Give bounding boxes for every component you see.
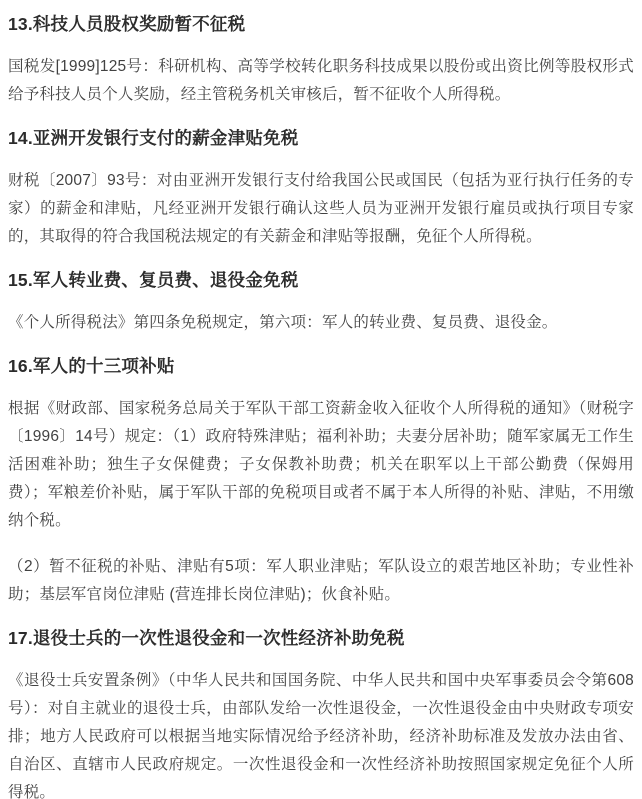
section-13-paragraph: 国税发[1999]125号：科研机构、高等学校转化职务科技成果以股份或出资比例等… [8, 53, 634, 109]
section-16-paragraph-2: （2）暂不征税的补贴、津贴有5项：军人职业津贴；军队设立的艰苦地区补助；专业性补… [8, 553, 634, 609]
section-13-heading: 13.科技人员股权奖励暂不征税 [8, 13, 634, 35]
section-15-paragraph: 《个人所得税法》第四条免税规定，第六项：军人的转业费、复员费、退役金。 [8, 309, 634, 337]
section-17-heading: 17.退役士兵的一次性退役金和一次性经济补助免税 [8, 627, 634, 649]
section-17-paragraph: 《退役士兵安置条例》（中华人民共和国国务院、中华人民共和国中央军事委员会令第60… [8, 667, 634, 799]
section-14-heading: 14.亚洲开发银行支付的薪金津贴免税 [8, 127, 634, 149]
section-14-paragraph: 财税〔2007〕93号：对由亚洲开发银行支付给我国公民或国民（包括为亚行执行任务… [8, 167, 634, 251]
section-16-heading: 16.军人的十三项补贴 [8, 355, 634, 377]
tax-exemption-article: 13.科技人员股权奖励暂不征税 国税发[1999]125号：科研机构、高等学校转… [0, 0, 642, 799]
section-15-heading: 15.军人转业费、复员费、退役金免税 [8, 269, 634, 291]
section-16-paragraph-1: 根据《财政部、国家税务总局关于军队干部工资薪金收入征收个人所得税的通知》（财税字… [8, 395, 634, 535]
